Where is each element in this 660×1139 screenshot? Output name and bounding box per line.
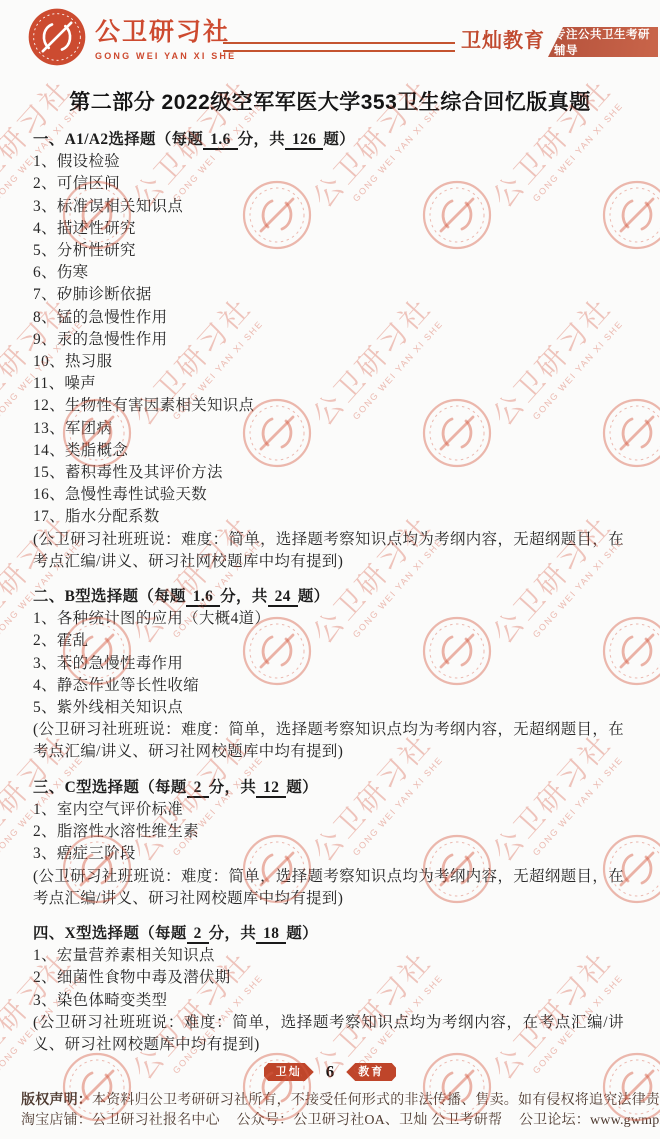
list-item: 14、类脂概念 xyxy=(33,440,624,462)
question-count: 126 xyxy=(285,131,323,150)
section-heading: 一、A1/A2选择题（每题1.6分，共126题） xyxy=(33,129,624,151)
item-list: 1、宏量营养素相关知识点2、细菌性食物中毒及潜伏期3、染色体畸变类型 xyxy=(33,945,624,1012)
sections: 一、A1/A2选择题（每题1.6分，共126题） 1、假设检验2、可信区间3、标… xyxy=(0,129,660,1056)
list-item: 13、军团病 xyxy=(33,418,624,440)
per-question-score: 2 xyxy=(187,779,209,798)
list-item: 10、热习服 xyxy=(33,351,624,373)
page-number-row: 卫灿 6 教育 xyxy=(0,1062,660,1082)
copyright-text: 本资料归公卫考研研习社所有，不接受任何形式的非法传播、售卖。如有侵权将追究法律责… xyxy=(92,1093,660,1108)
list-item: 9、汞的急慢性作用 xyxy=(33,329,624,351)
list-item: 16、急慢性毒性试验天数 xyxy=(33,484,624,506)
list-item: 3、癌症三阶段 xyxy=(33,843,624,865)
list-item: 2、可信区间 xyxy=(33,173,624,195)
list-item: 2、脂溶性水溶性维生素 xyxy=(33,821,624,843)
section-heading-text: 四、X型选择题（每题 xyxy=(33,925,187,942)
list-item: 6、伤寒 xyxy=(33,262,624,284)
list-item: 15、蓄积毒性及其评价方法 xyxy=(33,462,624,484)
list-item: 3、标准误相关知识点 xyxy=(33,196,624,218)
item-list: 1、室内空气评价标准2、脂溶性水溶性维生素3、癌症三阶段 xyxy=(33,799,624,866)
list-item: 11、噪声 xyxy=(33,373,624,395)
section-heading-suffix: 题） xyxy=(323,131,355,148)
section-heading-suffix: 题） xyxy=(286,925,318,942)
list-item: 1、各种统计图的应用（大概4道） xyxy=(33,608,624,630)
list-item: 12、生物性有害因素相关知识点 xyxy=(33,395,624,417)
page-footer: 卫灿 6 教育 版权声明：本资料归公卫考研研习社所有，不接受任何形式的非法传播、… xyxy=(0,1062,660,1131)
header-rule-line xyxy=(223,42,455,52)
document-page: 公卫研习社 GONG WEI YAN XI SHE 卫灿教育 专注公共卫生考研辅… xyxy=(0,0,660,1139)
list-item: 5、分析性研究 xyxy=(33,240,624,262)
section-heading-mid: 分，共 xyxy=(209,925,256,942)
page-header: 公卫研习社 GONG WEI YAN XI SHE 卫灿教育 专注公共卫生考研辅… xyxy=(0,0,660,70)
taobao-info: 淘宝店铺：公卫研习社报名中心 xyxy=(21,1113,220,1128)
section-heading: 二、B型选择题（每题1.6分，共24题） xyxy=(33,586,624,608)
section-note: (公卫研习社班班说：难度：简单，选择题考察知识点均为考纲内容，无超纲题目，在考点… xyxy=(33,719,624,763)
list-item: 8、锰的急慢性作用 xyxy=(33,307,624,329)
logo-text: 公卫研习社 GONG WEI YAN XI SHE xyxy=(95,12,236,61)
section-heading-mid: 分，共 xyxy=(238,131,285,148)
list-item: 2、细菌性食物中毒及潜伏期 xyxy=(33,967,624,989)
section-heading-text: 三、C型选择题（每题 xyxy=(33,779,187,796)
wechat-info: 公众号：公卫研习社OA、卫灿 公卫考研帮 xyxy=(237,1113,503,1128)
question-section: 三、C型选择题（每题2分，共12题） 1、室内空气评价标准2、脂溶性水溶性维生素… xyxy=(33,777,624,910)
list-item: 4、静态作业等长性收缩 xyxy=(33,675,624,697)
per-question-score: 2 xyxy=(187,925,209,944)
list-item: 2、霍乱 xyxy=(33,630,624,652)
section-heading-text: 二、B型选择题（每题 xyxy=(33,588,186,605)
section-heading-mid: 分，共 xyxy=(220,588,267,605)
footer-ribbon-right: 教育 xyxy=(346,1063,396,1081)
section-heading-text: 一、A1/A2选择题（每题 xyxy=(33,131,203,148)
section-heading: 三、C型选择题（每题2分，共12题） xyxy=(33,777,624,799)
section-note: (公卫研习社班班说：难度：简单，选择题考察知识点均为考纲内容，无超纲题目，在考点… xyxy=(33,866,624,910)
section-heading: 四、X型选择题（每题2分，共18题） xyxy=(33,923,624,945)
list-item: 1、假设检验 xyxy=(33,151,624,173)
footer-ribbon-left: 卫灿 xyxy=(264,1063,314,1081)
section-note: (公卫研习社班班说：难度：简单，选择题考察知识点均为考纲内容，在考点汇编/讲义、… xyxy=(33,1012,624,1056)
item-list: 1、各种统计图的应用（大概4道）2、霍乱3、苯的急慢性毒作用4、静态作业等长性收… xyxy=(33,608,624,719)
question-count: 12 xyxy=(256,779,286,798)
list-item: 17、脂水分配系数 xyxy=(33,506,624,528)
question-count: 18 xyxy=(256,925,286,944)
list-item: 7、矽肺诊断依据 xyxy=(33,284,624,306)
logo-seal-icon xyxy=(27,7,87,67)
contact-line: 淘宝店铺：公卫研习社报名中心 公众号：公卫研习社OA、卫灿 公卫考研帮 公卫论坛… xyxy=(0,1111,660,1131)
section-note: (公卫研习社班班说：难度：简单，选择题考察知识点均为考纲内容，无超纲题目，在考点… xyxy=(33,529,624,573)
per-question-score: 1.6 xyxy=(203,131,237,150)
question-section: 二、B型选择题（每题1.6分，共24题） 1、各种统计图的应用（大概4道）2、霍… xyxy=(33,586,624,764)
list-item: 1、室内空气评价标准 xyxy=(33,799,624,821)
list-item: 1、宏量营养素相关知识点 xyxy=(33,945,624,967)
question-section: 一、A1/A2选择题（每题1.6分，共126题） 1、假设检验2、可信区间3、标… xyxy=(33,129,624,573)
list-item: 3、染色体畸变类型 xyxy=(33,990,624,1012)
item-list: 1、假设检验2、可信区间3、标准误相关知识点4、描述性研究5、分析性研究6、伤寒… xyxy=(33,151,624,528)
section-heading-suffix: 题） xyxy=(286,779,318,796)
list-item: 4、描述性研究 xyxy=(33,218,624,240)
logo-title: 公卫研习社 xyxy=(95,12,236,48)
list-item: 5、紫外线相关知识点 xyxy=(33,697,624,719)
per-question-score: 1.6 xyxy=(186,588,220,607)
question-count: 24 xyxy=(268,588,298,607)
section-heading-suffix: 题） xyxy=(298,588,330,605)
question-section: 四、X型选择题（每题2分，共18题） 1、宏量营养素相关知识点2、细菌性食物中毒… xyxy=(33,923,624,1056)
brand-name: 卫灿教育 xyxy=(461,24,545,53)
list-item: 3、苯的急慢性毒作用 xyxy=(33,653,624,675)
brand-slogan-badge: 专注公共卫生考研辅导 xyxy=(548,27,658,57)
copyright-label: 版权声明： xyxy=(21,1093,92,1108)
page-number: 6 xyxy=(326,1062,335,1082)
copyright-line: 版权声明：本资料归公卫考研研习社所有，不接受任何形式的非法传播、售卖。如有侵权将… xyxy=(0,1091,660,1111)
forum-info: 公卫论坛：www.gwmph.cn xyxy=(519,1113,660,1128)
logo-subtitle: GONG WEI YAN XI SHE xyxy=(95,51,236,61)
section-heading-mid: 分，共 xyxy=(209,779,256,796)
page-title: 第二部分 2022级空军军医大学353卫生综合回忆版真题 xyxy=(0,86,660,116)
